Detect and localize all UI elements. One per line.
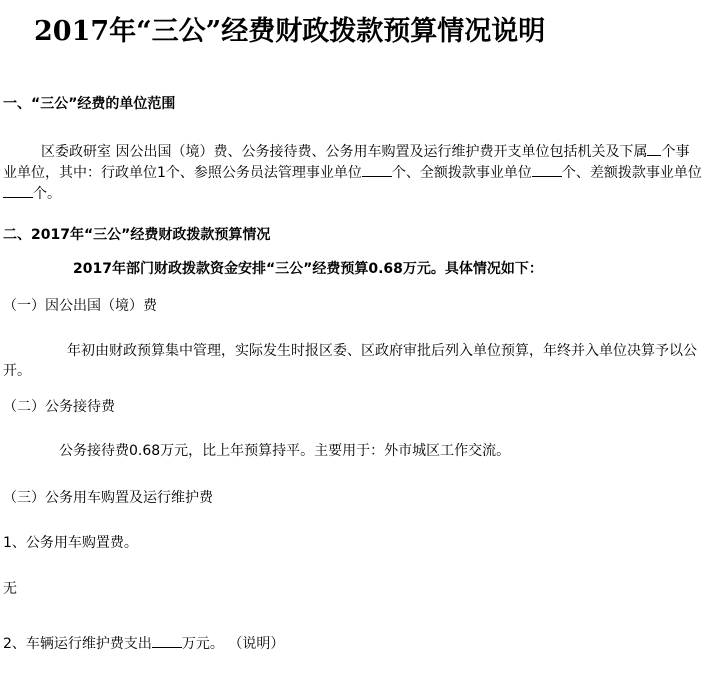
section1-paragraph: 区委政研室 因公出国（境）费、公务接待费、公务用车购置及运行维护费开支单位包括机… <box>3 141 703 204</box>
item2-text: 2、车辆运行维护费支出 <box>3 636 152 652</box>
section1-heading: 一、“三公”经费的单位范围 <box>3 94 175 114</box>
subsection1-body: 年初由财政预算集中管理，实际发生时报区委、区政府审批后列入单位预算，年终并入单位… <box>3 341 703 381</box>
section2-heading: 二、2017年“三公”经费财政拨款预算情况 <box>3 225 270 245</box>
item2-text: 万元。 （说明） <box>182 636 284 652</box>
subsection2-body: 公务接待费0.68万元，比上年预算持平。主要用于：外市城区工作交流。 <box>59 441 510 461</box>
paragraph-text: 个、全额拨款事业单位 <box>392 165 532 181</box>
paragraph-text: 个。 <box>33 186 61 202</box>
section2-summary: 2017年部门财政拨款资金安排“三公”经费预算0.68万元。具体情况如下： <box>73 259 543 279</box>
blank-field <box>152 633 182 648</box>
blank-field <box>362 162 392 177</box>
document-title: 2017年“三公”经费财政拨款预算情况说明 <box>34 14 545 50</box>
subsection3-heading: （三）公务用车购置及运行维护费 <box>3 488 213 508</box>
paragraph-text: 个、差额拨款事业单位 <box>562 165 702 181</box>
blank-field <box>647 141 661 156</box>
blank-field <box>3 183 33 198</box>
subsection1-heading: （一）因公出国（境）费 <box>3 296 157 316</box>
blank-field <box>532 162 562 177</box>
subsection3-item2: 2、车辆运行维护费支出万元。 （说明） <box>3 633 284 654</box>
subsection3-item1-value: 无 <box>3 579 17 599</box>
paragraph-text: 区委政研室 因公出国（境）费、公务接待费、公务用车购置及运行维护费开支单位包括机… <box>41 144 647 160</box>
subsection2-heading: （二）公务接待费 <box>3 397 115 417</box>
subsection3-item1: 1、公务用车购置费。 <box>3 533 138 553</box>
